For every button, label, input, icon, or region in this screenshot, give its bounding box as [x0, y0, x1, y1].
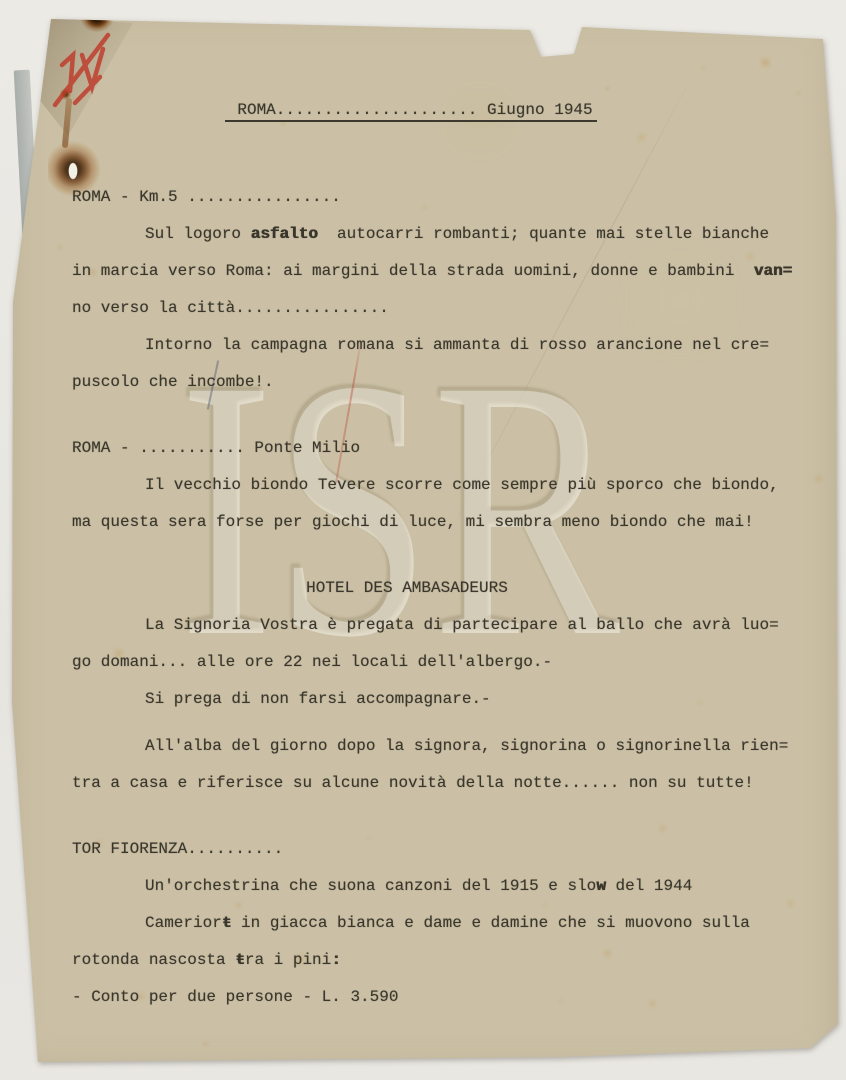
- text-line: Un'orchestrina che suona canzoni del 191…: [72, 868, 778, 905]
- text-line: tra a casa e riferisce su alcune novità …: [72, 765, 778, 802]
- text-segment: puscolo che incombe!.: [72, 373, 274, 391]
- paper-wrap: ISR ROMA..................... Giugno 194…: [0, 0, 846, 1080]
- text-line: - Conto per due persone - L. 3.590: [72, 979, 778, 1016]
- text-segment: Si prega di non farsi accompagnare.-: [145, 690, 491, 708]
- text-segment: asfalto: [251, 225, 318, 243]
- text-segment: :: [331, 951, 341, 969]
- scan-background: { "page": { "watermark": "ISR", "red_ann…: [0, 0, 846, 1080]
- text-segment: del 1944: [606, 877, 692, 895]
- text-line: All'alba del giorno dopo la signora, sig…: [72, 728, 778, 765]
- paragraph: Un'orchestrina che suona canzoni del 191…: [72, 868, 778, 905]
- paragraph: Si prega di non farsi accompagnare.-: [72, 681, 778, 718]
- text-line: Intorno la campagna romana si ammanta di…: [72, 327, 778, 364]
- document-section: HOTEL DES AMBASADEURSLa Signoria Vostra …: [72, 570, 778, 802]
- text-line: no verso la città................: [72, 290, 778, 327]
- typewritten-text: ROMA..................... Giugno 1945ROM…: [72, 92, 778, 1016]
- text-segment: tra a casa e riferisce su alcune novità …: [72, 774, 754, 792]
- document-title: ROMA..................... Giugno 1945: [72, 92, 778, 129]
- text-line: rotonda nascosta ŧra i pini:: [72, 942, 778, 979]
- text-line: Sul logoro asfalto autocarri rombanti; q…: [72, 216, 778, 253]
- text-segment: Camerior: [145, 914, 222, 932]
- section-heading: TOR FIORENZA..........: [72, 831, 778, 868]
- paragraph: Cameriorŧ in giacca bianca e dame e dami…: [72, 905, 778, 979]
- text-line: ma questa sera forse per giochi di luce,…: [72, 504, 778, 541]
- text-segment: ŧ: [222, 914, 232, 932]
- paragraph: All'alba del giorno dopo la signora, sig…: [72, 728, 778, 802]
- paragraph: La Signoria Vostra è pregata di partecip…: [72, 607, 778, 681]
- text-segment: Intorno la campagna romana si ammanta di…: [145, 336, 769, 354]
- text-segment: Sul logoro: [145, 225, 251, 243]
- text-segment: go domani... alle ore 22 nei locali dell…: [72, 653, 552, 671]
- text-line: puscolo che incombe!.: [72, 364, 778, 401]
- text-segment: w: [596, 877, 606, 895]
- document-section: ROMA - ........... Ponte MilioIl vecchio…: [72, 430, 778, 541]
- text-segment: Il vecchio biondo Tevere scorre come sem…: [145, 476, 779, 494]
- document-section: ROMA..................... Giugno 1945: [72, 92, 778, 129]
- text-segment: ra i pini: [245, 951, 331, 969]
- section-heading: ROMA - Km.5 ................: [72, 179, 778, 216]
- paragraph: Intorno la campagna romana si ammanta di…: [72, 327, 778, 401]
- paragraph: - Conto per due persone - L. 3.590: [72, 979, 778, 1016]
- text-segment: La Signoria Vostra è pregata di partecip…: [145, 616, 779, 634]
- text-segment: no verso la città................: [72, 299, 389, 317]
- text-segment: rotonda nascosta: [72, 951, 235, 969]
- text-segment: van=: [754, 262, 792, 280]
- text-line: Il vecchio biondo Tevere scorre come sem…: [72, 467, 778, 504]
- document-page: ISR ROMA..................... Giugno 194…: [0, 0, 846, 1080]
- paragraph: Il vecchio biondo Tevere scorre come sem…: [72, 467, 778, 541]
- paragraph: Sul logoro asfalto autocarri rombanti; q…: [72, 216, 778, 327]
- document-section: TOR FIORENZA..........Un'orchestrina che…: [72, 831, 778, 1016]
- section-heading: ROMA - ........... Ponte Milio: [72, 430, 778, 467]
- text-line: Cameriorŧ in giacca bianca e dame e dami…: [72, 905, 778, 942]
- text-segment: autocarri rombanti; quante mai stelle bi…: [318, 225, 769, 243]
- text-line: in marcia verso Roma: ai margini della s…: [72, 253, 778, 290]
- foxing-stains: [0, 0, 1, 1]
- document-section: ROMA - Km.5 ................Sul logoro a…: [72, 179, 778, 401]
- text-segment: - Conto per due persone - L. 3.590: [72, 988, 398, 1006]
- text-segment: All'alba del giorno dopo la signora, sig…: [145, 737, 788, 755]
- section-heading: HOTEL DES AMBASADEURS: [72, 570, 778, 607]
- text-segment: ŧ: [235, 951, 245, 969]
- text-segment: in giacca bianca e dame e damine che si …: [231, 914, 749, 932]
- text-line: La Signoria Vostra è pregata di partecip…: [72, 607, 778, 644]
- text-segment: ma questa sera forse per giochi di luce,…: [72, 513, 754, 531]
- text-line: go domani... alle ore 22 nei locali dell…: [72, 644, 778, 681]
- text-segment: in marcia verso Roma: ai margini della s…: [72, 262, 754, 280]
- text-segment: Un'orchestrina che suona canzoni del 191…: [145, 877, 596, 895]
- text-line: Si prega di non farsi accompagnare.-: [72, 681, 778, 718]
